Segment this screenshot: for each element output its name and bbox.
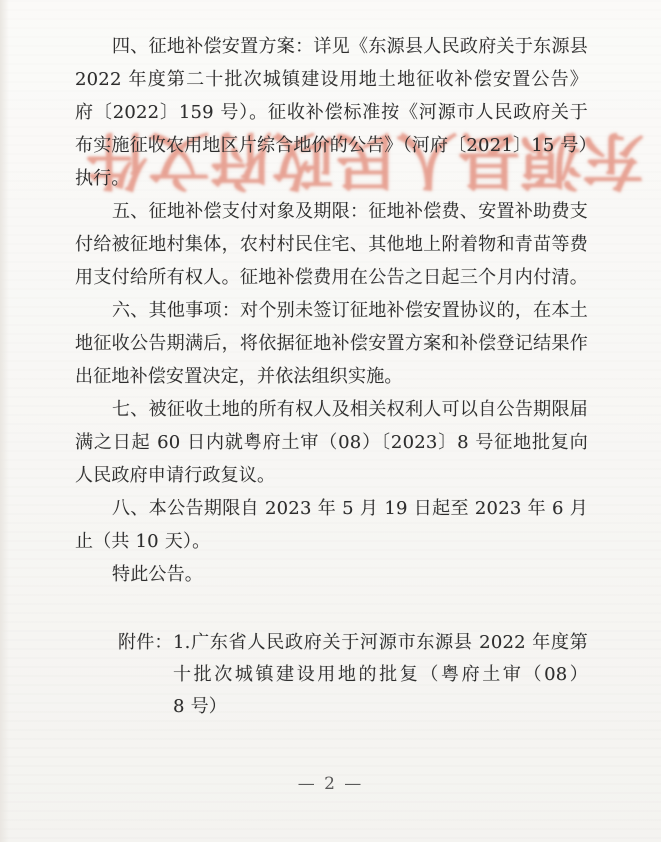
attachment-label: 附件： (118, 627, 173, 659)
text-line: 用支付给所有权人。征地补偿费用在公告之日起三个月内付清。 (75, 261, 588, 294)
text-line: 满之日起 60 日内就粤府土审（08）〔2023〕8 号征地批复向省 (75, 426, 588, 459)
text-line: 布实施征收农用地区片综合地价的公告》（河府〔2021〕15 号） (75, 129, 588, 162)
text-line: 人民政府申请行政复议。 (75, 459, 588, 492)
text-line: 止（共 10 天）。 (75, 525, 588, 558)
text-line: 执行。 (75, 162, 588, 195)
text-line: 五、征地补偿支付对象及期限：征地补偿费、安置补助费支 (75, 195, 588, 228)
text-line: 1.广东省人民政府关于河源市东源县 2022 年度第二 (173, 627, 588, 659)
text-line: 付给被征地村集体，农村村民住宅、其他地上附着物和青苗等费 (75, 228, 588, 261)
text-line: 七、被征收土地的所有权人及相关权利人可以自公告期限届 (75, 393, 588, 426)
text-line: 8 号） (173, 691, 588, 723)
text-line: 十批次城镇建设用地的批复（粤府土审（08）〔2023〕 (173, 659, 588, 691)
text-line: 六、其他事项：对个别未签订征地补偿安置协议的，在本土 (75, 294, 588, 327)
attachment-block: 附件： 1.广东省人民政府关于河源市东源县 2022 年度第二十批次城镇建设用地… (118, 627, 588, 723)
text-line: 特此公告。 (75, 558, 588, 591)
text-line: 出征地补偿安置决定，并依法组织实施。 (75, 360, 588, 393)
text-line: 四、征地补偿安置方案：详见《东源县人民政府关于东源县 (75, 30, 588, 63)
text-line: 府〔2022〕159 号）。征收补偿标准按《河源市人民政府关于公 (75, 96, 588, 129)
document-page: 东源县人民政府文件 四、征地补偿安置方案：详见《东源县人民政府关于东源县2022… (0, 0, 661, 842)
text-line: 八、本公告期限自 2023 年 5 月 19 日起至 2023 年 6 月 1 … (75, 492, 588, 525)
attachment-content: 1.广东省人民政府关于河源市东源县 2022 年度第二十批次城镇建设用地的批复（… (173, 627, 588, 723)
text-line: 2022 年度第二十批次城镇建设用地土地征收补偿安置公告》（东 (75, 63, 588, 96)
text-line: 地征收公告期满后，将依据征地补偿安置方案和补偿登记结果作 (75, 327, 588, 360)
announcement-body: 四、征地补偿安置方案：详见《东源县人民政府关于东源县2022 年度第二十批次城镇… (75, 30, 588, 591)
page-number: — 2 — (0, 772, 661, 796)
